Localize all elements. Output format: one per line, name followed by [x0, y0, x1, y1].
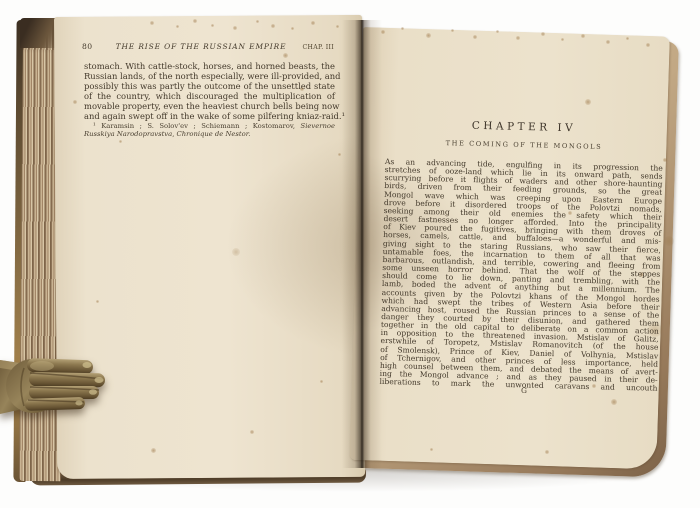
text-line: of the country, which discouraged the mu…	[84, 91, 335, 101]
running-header: 80 THE RISE OF THE RUSSIAN EMPIRE CHAP. …	[82, 42, 334, 54]
footnote-authors: ¹ Karamsin ; S. Solov'ev ; Schiemann ; K…	[93, 122, 301, 130]
text-line: Russian lands, of the north especially, …	[84, 71, 335, 81]
text-line: movable property, even the heaviest chur…	[84, 101, 335, 111]
right-page-body-text: As an advancing tide, engulfing in its p…	[379, 158, 662, 393]
text-line: and again swept off in the wake of some …	[84, 111, 335, 121]
left-page-body-text: stomach. With cattle-stock, horses, and …	[84, 61, 335, 121]
book-photo: 80 THE RISE OF THE RUSSIAN EMPIRE CHAP. …	[0, 0, 700, 508]
running-title: THE RISE OF THE RUSSIAN EMPIRE	[108, 42, 294, 51]
text-line: stomach. With cattle-stock, horses, and …	[84, 61, 335, 71]
chapter-marker: CHAP. III	[294, 44, 334, 51]
text-line: possibly this was partly the outcome of …	[84, 81, 335, 91]
brass-hand-page-holder	[0, 346, 112, 426]
footnote: ¹ Karamsin ; S. Solov'ev ; Schiemann ; K…	[84, 122, 335, 139]
page-number: 80	[82, 42, 108, 51]
